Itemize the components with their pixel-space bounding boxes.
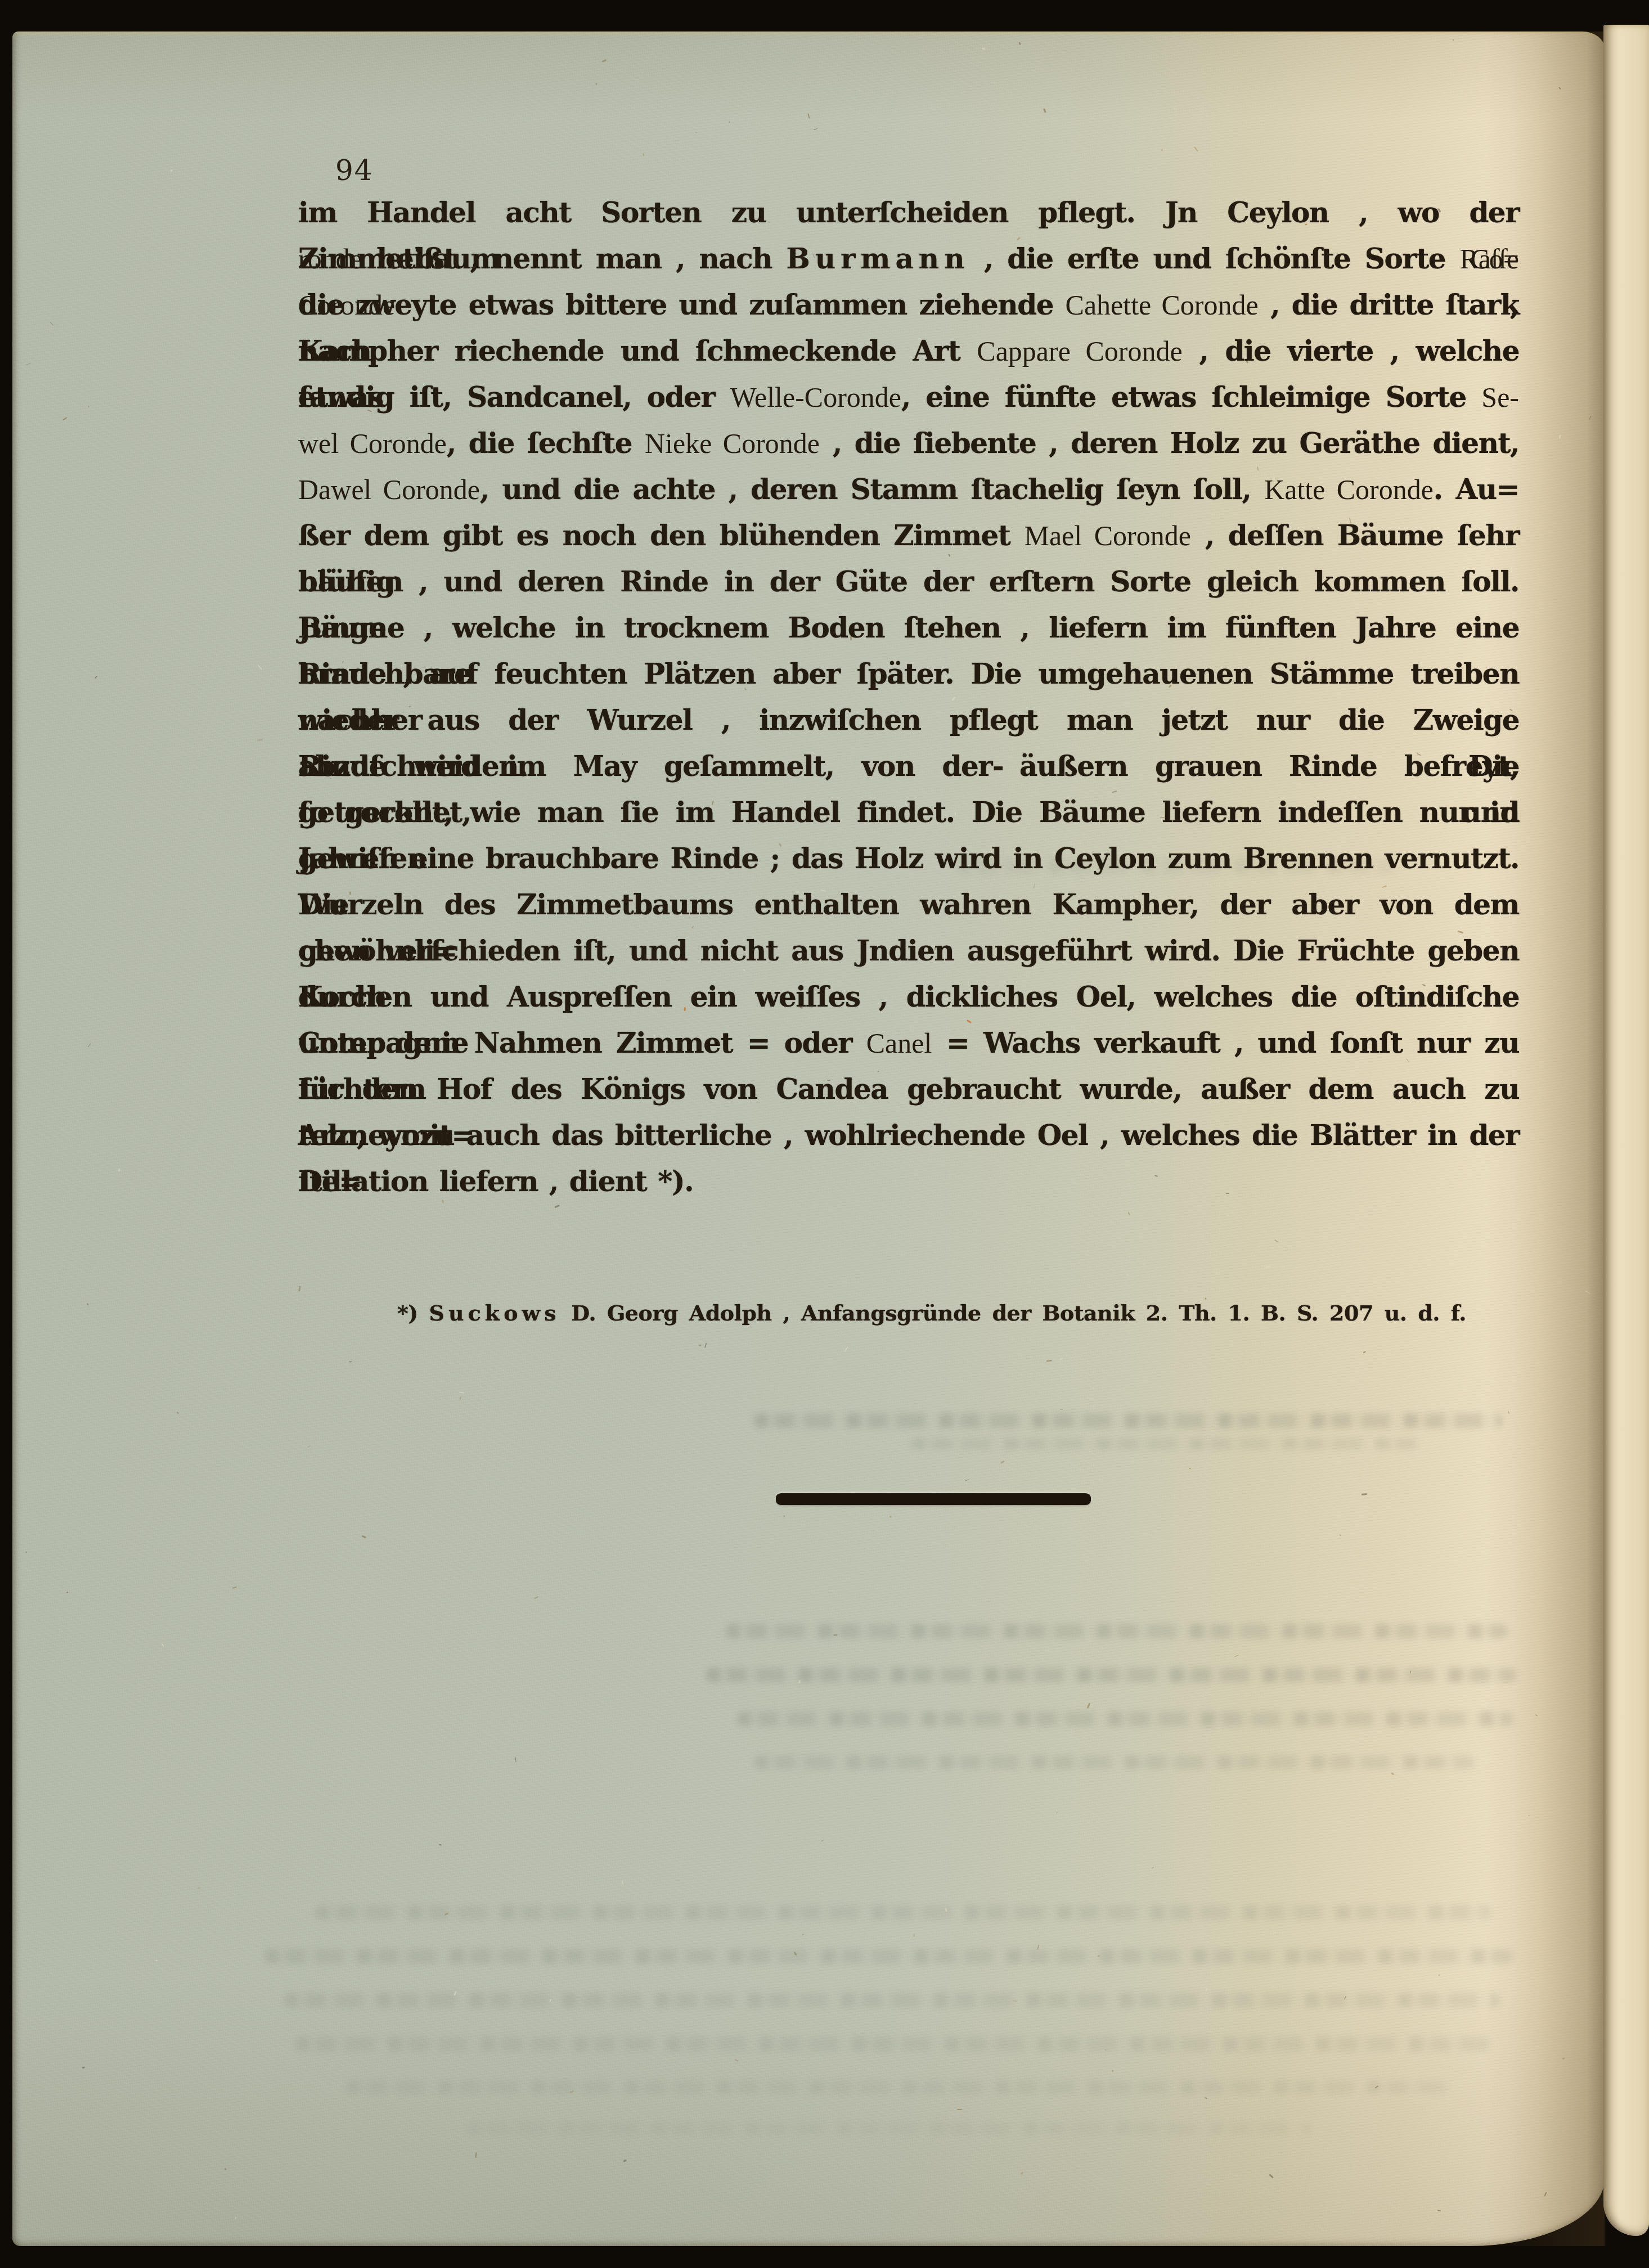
text-line: Rinde wird im May geſammelt, von der äuß… [298,743,1519,789]
text-segment: Dawel Coronde [298,474,480,505]
body-text: im Handel acht Sorten zu unterſcheiden p… [298,190,1519,1205]
text-line: Dawel Coronde, und die achte , deren Sta… [298,466,1519,513]
scanned-book-photo: { "document": { "page_number": "94", "bo… [0,0,1649,2268]
text-segment: ronde [298,243,362,275]
text-segment: Nieke Coronde [645,428,820,459]
text-line: ſtillation liefern , dient *). [298,1158,1519,1205]
text-segment: Kampher riechende und ſchmeckende Art [298,334,977,367]
text-segment: Cahette Coronde [1066,289,1259,321]
text-line: blühen , und deren Rinde in der Güte der… [298,559,1519,605]
adjacent-page-edge [1603,25,1649,2236]
text-line: chen verſchieden iſt, und nicht aus Jndi… [298,928,1519,974]
text-segment: , eine fünfte etwas ſchleimige Sorte [901,380,1481,414]
text-line: teln, wozu auch das bitterliche , wohlri… [298,1112,1519,1158]
text-line: Jahren eine brauchbare Rinde ; das Holz … [298,836,1519,882]
text-line: ronde heißt , nennt man , nach Burmann ,… [298,236,1519,282]
text-line: ſo gerollt, wie man ſie im Handel findet… [298,789,1519,836]
text-segment: *) [397,1300,429,1326]
text-line: die zweyte etwas bittere und zuſammen zi… [298,282,1519,328]
footnote-divider-rule [776,1493,1091,1505]
text-line: ßer dem gibt es noch den blühenden Zimme… [298,513,1519,559]
text-segment: die zweyte etwas bittere und zuſammen zi… [298,288,1066,321]
text-line: ſandig iſt, Sandcanel, oder Welle-Corond… [298,374,1519,420]
text-line: Rinde , auf feuchten Plätzen aber ſpäter… [298,651,1519,697]
text-line: Kochen und Auspreſſen ein weiſſes , dick… [298,974,1519,1020]
text-segment: Mael Coronde [1024,520,1191,551]
page-number: 94 [335,155,374,186]
text-segment: , die ſechſte [447,426,645,460]
footnote: *) Suckows D. Georg Adolph , Anfangsgrün… [397,1297,1466,1329]
text-segment: Se- [1481,381,1519,413]
text-segment: Suckows [429,1300,560,1326]
text-segment: . Au= [1434,473,1519,506]
text-line: im Handel acht Sorten zu unterſcheiden p… [298,190,1519,236]
text-segment: , die erſte und ſchönſte Sorte [969,242,1459,275]
text-segment: , die ſiebente , deren Holz zu Geräthe d… [820,426,1519,460]
text-segment: ſtillation liefern , dient *). [298,1165,693,1198]
text-line: für den Hof des Königs von Candea gebrau… [298,1066,1519,1112]
text-segment: D. Georg Adolph , Anfangsgründe der Bota… [560,1300,1466,1326]
text-segment: Welle-Coronde [730,381,901,413]
text-line: Kampher riechende und ſchmeckende Art Ca… [298,328,1519,374]
text-line: Bäume , welche in trocknem Boden ſtehen … [298,605,1519,651]
text-segment: wel Coronde [298,428,447,459]
text-segment: , und die achte , deren Stamm ſtachelig … [480,473,1264,506]
text-segment: Cappare Coronde [977,335,1182,367]
text-segment: unter dem Nahmen Zimmet = oder [298,1026,866,1059]
text-line: unter dem Nahmen Zimmet = oder Canel = W… [298,1020,1519,1066]
text-line: wieder aus der Wurzel , inzwiſchen pfleg… [298,697,1519,743]
text-segment: Burmann [787,242,970,275]
text-segment: Katte Coronde [1264,474,1434,505]
text-line: wel Coronde, die ſechſte Nieke Coronde ,… [298,420,1519,466]
text-segment: ſandig iſt, Sandcanel, oder [298,380,730,414]
text-segment: Canel [866,1027,932,1059]
text-segment: heißt , nennt man , nach [362,242,787,275]
text-line: Wurzeln des Zimmetbaums enthalten wahren… [298,882,1519,928]
text-segment: ßer dem gibt es noch den blühenden Zimme… [298,519,1024,552]
